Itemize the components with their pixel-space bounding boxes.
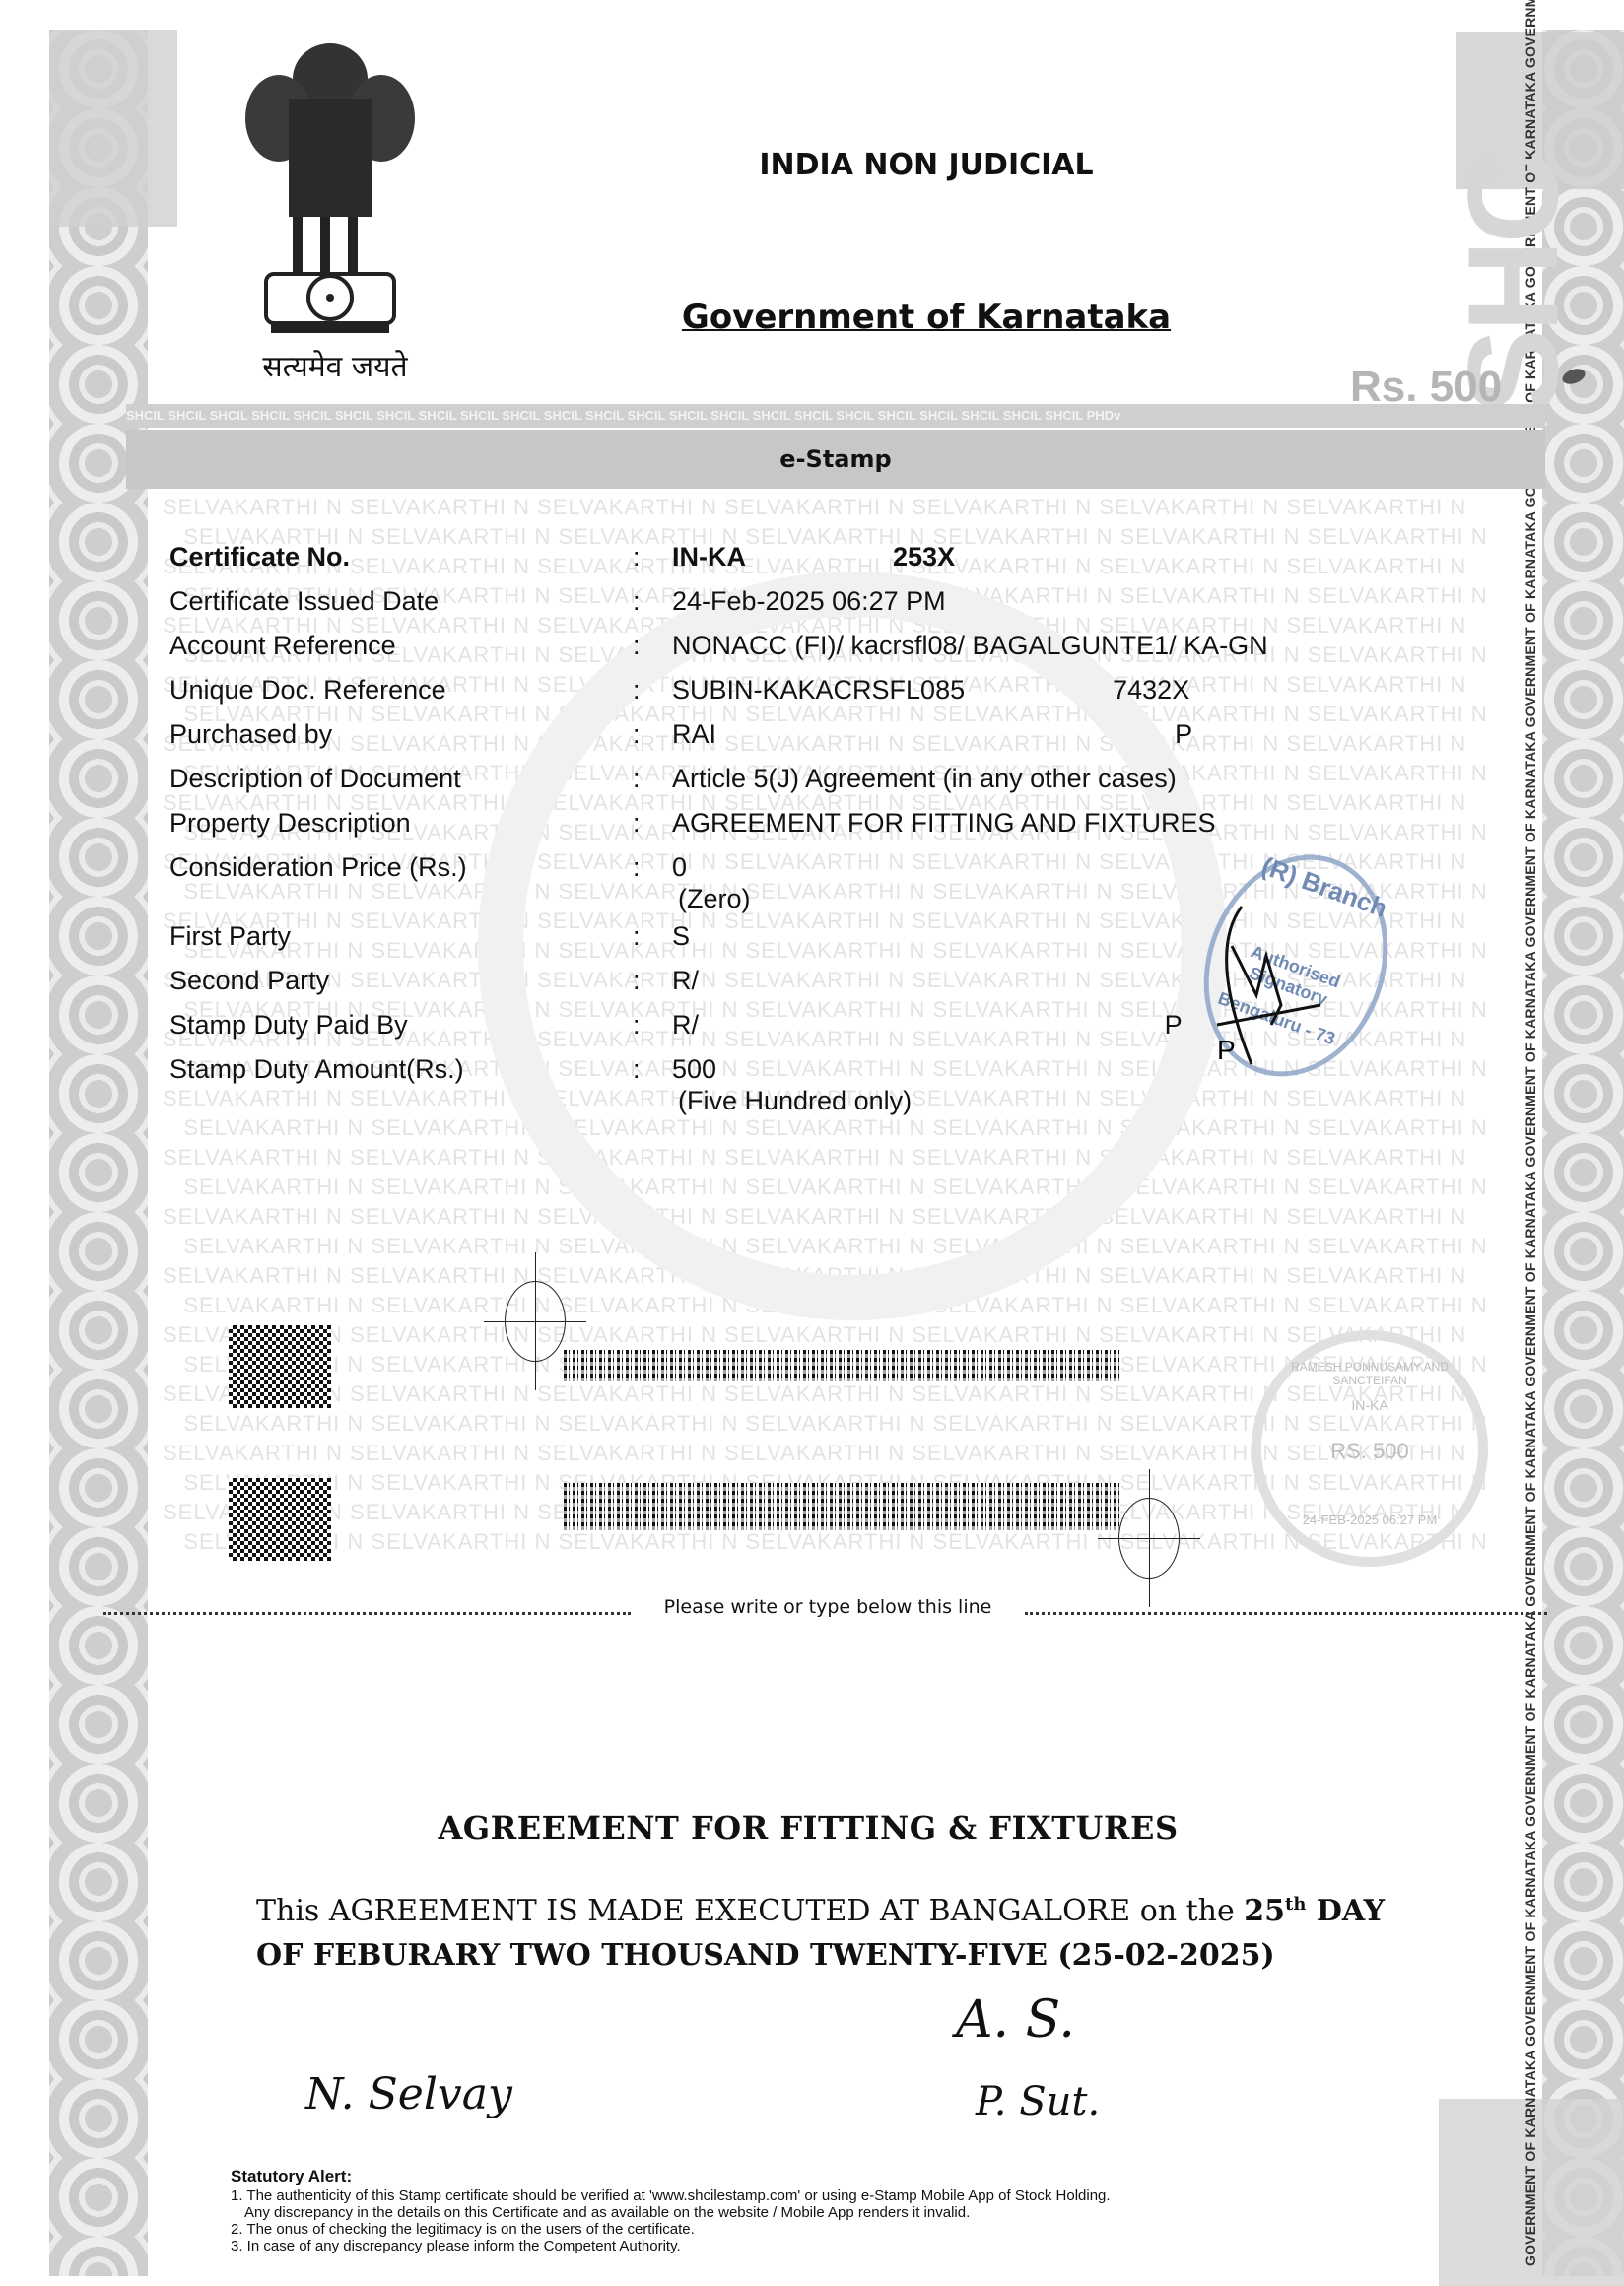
detail-value: R/ [672, 966, 699, 996]
detail-value: AGREEMENT FOR FITTING AND FIXTURES [672, 808, 1216, 839]
vendor-seal-name: RAMESH PONNUSAMY AND SANCTEIFAN [1261, 1360, 1478, 1387]
detail-colon: : [633, 1010, 641, 1041]
write-below-line-text: Please write or type below this line [631, 1596, 1025, 1618]
detail-label: Description of Document [169, 764, 461, 794]
signature-left: N. Selvay [305, 2069, 512, 2119]
statutory-alert: Statutory Alert: 1. The authenticity of … [231, 2168, 1413, 2254]
detail-colon: : [633, 808, 641, 839]
statutory-heading: Statutory Alert: [231, 2168, 1413, 2185]
agreement-day: 25 [1244, 1894, 1285, 1928]
registration-mark-top [505, 1281, 566, 1362]
estamp-label: e-Stamp [779, 445, 891, 473]
barcode-top [564, 1350, 1120, 1381]
detail-label: Consideration Price (Rs.) [169, 852, 467, 883]
detail-value: 24-Feb-2025 06:27 PM [672, 586, 946, 617]
shcil-microtext-band: SHCIL SHCIL SHCIL SHCIL SHCIL SHCIL SHCI… [126, 404, 1545, 428]
vendor-round-seal: RAMESH PONNUSAMY AND SANCTEIFAN IN-KA RS… [1252, 1330, 1488, 1567]
agreement-line1: This AGREEMENT IS MADE EXECUTED AT BANGA… [256, 1894, 1244, 1928]
divider-right [1025, 1612, 1547, 1615]
detail-colon: : [633, 719, 641, 750]
detail-colon: : [633, 542, 641, 572]
agreement-day-tail: DAY [1306, 1894, 1385, 1928]
qr-code-top [229, 1325, 331, 1408]
left-ornamental-border [49, 30, 148, 2276]
detail-value: 500 [672, 1054, 716, 1085]
detail-value: RAI P [672, 719, 1192, 750]
vendor-seal-amount: RS. 500 [1261, 1439, 1478, 1464]
statutory-item-2: 2. The onus of checking the legitimacy i… [231, 2221, 1413, 2238]
detail-subvalue: (Five Hundred only) [678, 1086, 912, 1116]
detail-row: First Party:S [169, 921, 1352, 966]
barcode-bottom [564, 1483, 1120, 1530]
statutory-item-1: 1. The authenticity of this Stamp certif… [231, 2187, 1413, 2204]
detail-row: Purchased by:RAI P [169, 719, 1352, 764]
detail-label: Certificate Issued Date [169, 586, 439, 617]
detail-colon: : [633, 921, 641, 952]
ashoka-emblem-icon [232, 39, 429, 335]
detail-value: Article 5(J) Agreement (in any other cas… [672, 764, 1177, 794]
detail-row: Unique Doc. Reference:SUBIN-KAKACRSFL085… [169, 675, 1352, 719]
signature-right-bottom: P. Sut. [976, 2079, 1100, 2124]
detail-colon: : [633, 966, 641, 996]
detail-label: Property Description [169, 808, 411, 839]
detail-row: Certificate Issued Date:24-Feb-2025 06:2… [169, 586, 1352, 631]
signature-right-top: A. S. [956, 1990, 1075, 2050]
detail-subvalue: (Zero) [678, 884, 751, 914]
statutory-item-3: 3. In case of any discrepancy please inf… [231, 2238, 1413, 2254]
agreement-title: AGREEMENT FOR FITTING & FIXTURES [197, 1809, 1419, 1847]
statutory-item-1-cont: Any discrepancy in the details on this C… [231, 2204, 1413, 2221]
detail-label: Account Reference [169, 631, 396, 661]
estamp-band: e-Stamp [126, 430, 1545, 489]
detail-row: Certificate No.:IN-KA 253X [169, 542, 1352, 586]
detail-label: Stamp Duty Paid By [169, 1010, 408, 1041]
detail-value: 0 [672, 852, 687, 883]
detail-value: R/ P [672, 1010, 1183, 1041]
detail-colon: : [633, 631, 641, 661]
detail-label: Purchased by [169, 719, 332, 750]
qr-code-bottom [229, 1478, 331, 1561]
agreement-day-suffix: th [1285, 1894, 1306, 1915]
detail-row: Consideration Price (Rs.):0(Zero) [169, 852, 1352, 921]
svg-text:P: P [1217, 1035, 1236, 1065]
detail-row: Description of Document:Article 5(J) Agr… [169, 764, 1352, 808]
detail-value: IN-KA 253X [672, 542, 955, 572]
detail-label: Certificate No. [169, 542, 350, 572]
vendor-seal-cert: IN-KA [1261, 1397, 1478, 1413]
detail-colon: : [633, 1054, 641, 1085]
detail-colon: : [633, 852, 641, 883]
certificate-details: Certificate No.:IN-KA 253XCertificate Is… [169, 542, 1352, 1123]
detail-label: First Party [169, 921, 291, 952]
detail-label: Stamp Duty Amount(Rs.) [169, 1054, 464, 1085]
signature-over-seal: P [1212, 887, 1350, 1074]
document-type-title: INDIA NON JUDICIAL [729, 148, 1123, 182]
detail-row: Stamp Duty Amount(Rs.):500(Five Hundred … [169, 1054, 1352, 1123]
national-motto: सत्यमेव जयते [237, 345, 434, 385]
detail-label: Second Party [169, 966, 329, 996]
detail-colon: : [633, 764, 641, 794]
detail-colon: : [633, 675, 641, 706]
detail-value: S [672, 921, 690, 952]
detail-row: Account Reference:NONACC (FI)/ kacrsfl08… [169, 631, 1352, 675]
detail-row: Second Party:R/ [169, 966, 1352, 1010]
detail-label: Unique Doc. Reference [169, 675, 446, 706]
agreement-line2: OF FEBURARY TWO THOUSAND TWENTY-FIVE (25… [256, 1938, 1275, 1973]
detail-colon: : [633, 586, 641, 617]
government-title: Government of Karnataka [670, 298, 1183, 337]
top-left-corner-ornament [49, 30, 177, 227]
registration-mark-bottom [1118, 1498, 1180, 1579]
detail-row: Stamp Duty Paid By:R/ P [169, 1010, 1352, 1054]
detail-value: NONACC (FI)/ kacrsfl08/ BAGALGUNTE1/ KA-… [672, 631, 1268, 661]
agreement-opening: This AGREEMENT IS MADE EXECUTED AT BANGA… [256, 1882, 1488, 1978]
detail-value: SUBIN-KAKACRSFL085 7432X [672, 675, 1189, 706]
divider-left [103, 1612, 631, 1615]
vendor-seal-date: 24-FEB-2025 06:27 PM [1261, 1513, 1478, 1527]
detail-row: Property Description:AGREEMENT FOR FITTI… [169, 808, 1352, 852]
